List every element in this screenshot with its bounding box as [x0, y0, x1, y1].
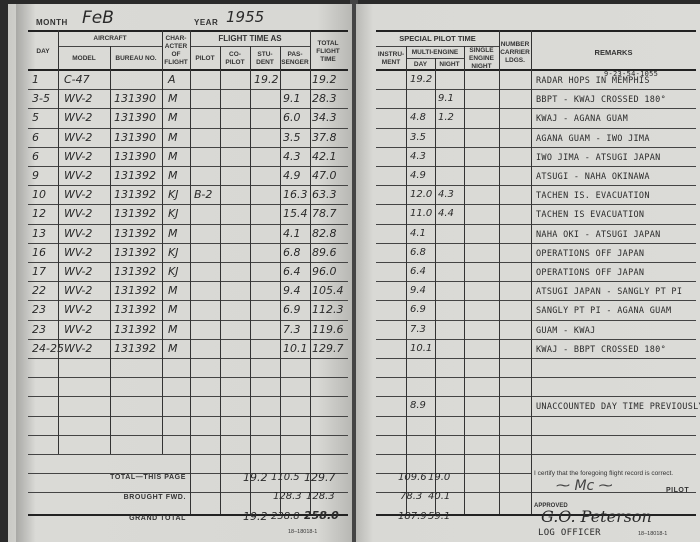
pilot-label: PILOT	[666, 487, 689, 494]
header-top-rule	[376, 30, 696, 32]
year-value: 1955	[226, 8, 264, 26]
table-row: 23WV-2131392M6.9112.3	[8, 303, 352, 322]
col-header-carrier-landings: NUMBER CARRIER LDGS.	[499, 36, 531, 70]
model-cell: WV-2	[64, 150, 92, 164]
this-page-total: 129.7	[304, 471, 336, 485]
table-row: 5WV-2131390M6.034.3	[8, 111, 352, 130]
passenger-time-cell: 6.8	[283, 246, 301, 260]
day-cell: 16	[32, 246, 46, 260]
character-cell: M	[168, 131, 178, 145]
bureau-no-cell: 131392	[114, 265, 156, 279]
col-header-passenger: PAS- SENGER	[280, 48, 310, 70]
day-cell: 23	[32, 303, 46, 317]
day-cell: 10	[32, 188, 46, 202]
bureau-no-cell: 131392	[114, 303, 156, 317]
row-rule	[28, 396, 348, 397]
table-row: 3-5WV-2131390M9.128.3	[8, 92, 352, 111]
day-cell: 17	[32, 265, 46, 279]
col-header-pilot: PILOT	[190, 48, 220, 70]
total-time-cell: 119.6	[312, 323, 344, 337]
model-cell: WV-2	[64, 303, 92, 317]
remarks-cell: SANGLY PT PI - AGANA GUAM	[536, 306, 671, 316]
character-cell: KJ	[168, 207, 178, 221]
form-number-right: 18–18018-1	[638, 531, 667, 537]
this-page-student: 19.2	[243, 471, 268, 485]
table-row: 22WV-2131392M9.4105.4	[8, 284, 352, 303]
model-cell: WV-2	[64, 342, 92, 356]
table-row: 17WV-2131392KJ6.496.0	[8, 265, 352, 284]
bureau-no-cell: 131392	[114, 188, 156, 202]
model-cell: WV-2	[64, 131, 92, 145]
table-row: 8.9UNACCOUNTED DAY TIME PREVIOUSLY LOGGE…	[356, 399, 700, 418]
character-cell: KJ	[168, 246, 178, 260]
total-time-cell: 28.3	[312, 92, 337, 106]
grand-total-total: 258.0	[304, 509, 339, 523]
certify-statement: I certify that the foregoing flight reco…	[534, 470, 684, 478]
instrument-time-cell: 4.3	[410, 150, 426, 164]
day-cell: 6	[32, 131, 39, 145]
table-row: 3.5AGANA GUAM - IWO JIMA	[356, 131, 700, 150]
bureau-no-cell: 131392	[114, 323, 156, 337]
brought-fwd-instrument: 78.3	[400, 490, 422, 504]
logbook-left-page: MONTH FeB YEAR 1955 DAY AIRCRAFT MODEL B…	[8, 4, 352, 542]
instrument-time-cell: 10.1	[410, 342, 432, 356]
model-cell: WV-2	[64, 188, 92, 202]
remarks-cell: TACHEN IS EVACUATION	[536, 210, 644, 220]
remarks-cell: IWO JIMA - ATSUGI JAPAN	[536, 153, 661, 163]
character-cell: A	[168, 73, 176, 87]
form-number: 18–18018-1	[288, 529, 317, 535]
table-row: 12WV-2131392KJ15.478.7	[8, 207, 352, 226]
day-cell: 22	[32, 284, 46, 298]
header-bottom-rule	[28, 69, 348, 71]
table-row: 9WV-2131392M4.947.0	[8, 169, 352, 188]
total-time-cell: 19.2	[312, 73, 337, 87]
instrument-time-cell: 6.8	[410, 246, 426, 260]
character-cell: M	[168, 303, 178, 317]
col-header-student: STU- DENT	[250, 48, 280, 70]
col-header-character: CHAR- ACTER OF FLIGHT	[162, 32, 190, 70]
remarks-cell: AGANA GUAM - IWO JIMA	[536, 134, 650, 144]
bureau-no-cell: 131392	[114, 169, 156, 183]
total-time-cell: 78.7	[312, 207, 337, 221]
remarks-cell: NAHA OKI - ATSUGI JAPAN	[536, 230, 661, 240]
remarks-cell: ATSUGI JAPAN - SANGLY PT PI	[536, 287, 682, 297]
remarks-cell: TACHEN IS. EVACUATION	[536, 191, 650, 201]
col-header-flight-time-as: FLIGHT TIME AS	[190, 32, 310, 46]
remarks-cell: ATSUGI - NAHA OKINAWA	[536, 172, 650, 182]
model-cell: WV-2	[64, 227, 92, 241]
day-cell: 5	[32, 111, 39, 125]
table-row: 24-25WV-2131392M10.1129.7	[8, 342, 352, 361]
passenger-time-cell: 16.3	[283, 188, 308, 202]
this-page-me-day: 19.0	[428, 471, 450, 485]
character-cell: M	[168, 284, 178, 298]
col-header-remarks: REMARKS	[531, 36, 696, 70]
col-header-aircraft: AIRCRAFT	[58, 32, 162, 46]
total-time-cell: 96.0	[312, 265, 337, 279]
total-time-cell: 129.7	[312, 342, 344, 356]
day-cell: 1	[32, 73, 39, 87]
col-header-copilot: CO- PILOT	[220, 48, 250, 70]
table-row: 6.4OPERATIONS OFF JAPAN	[356, 265, 700, 284]
me-day-time-cell: 1.2	[438, 111, 454, 125]
grand-total-instrument: 187.9	[398, 510, 427, 524]
me-day-time-cell: 9.1	[438, 92, 454, 106]
passenger-time-cell: 4.1	[283, 227, 301, 241]
table-row: 6WV-2131390M4.342.1	[8, 150, 352, 169]
remarks-cell: KWAJ - BBPT CROSSED 180°	[536, 345, 666, 355]
model-cell: WV-2	[64, 284, 92, 298]
grand-total-label: GRAND TOTAL	[68, 515, 186, 522]
logbook-right-page: SPECIAL PILOT TIME INSTRU- MENT MULTI-EN…	[356, 4, 700, 542]
total-time-cell: 105.4	[312, 284, 344, 298]
model-cell: WV-2	[64, 92, 92, 106]
remarks-cell: KWAJ - AGANA GUAM	[536, 114, 628, 124]
header-top-rule	[28, 30, 348, 32]
model-cell: WV-2	[64, 169, 92, 183]
model-cell: WV-2	[64, 265, 92, 279]
day-cell: 23	[32, 323, 46, 337]
table-row: 9.1BBPT - KWAJ CROSSED 180°	[356, 92, 700, 111]
col-header-total-flight-time: TOTAL FLIGHT TIME	[310, 34, 346, 70]
character-cell: M	[168, 150, 178, 164]
model-cell: WV-2	[64, 246, 92, 260]
table-row: 4.1NAHA OKI - ATSUGI JAPAN	[356, 227, 700, 246]
approver-title: LOG OFFICER	[538, 528, 601, 538]
col-header-single-engine-night: SINGLE ENGINE NIGHT	[464, 48, 499, 70]
table-row: 10WV-2131392KJB-216.363.3	[8, 188, 352, 207]
model-cell: WV-2	[64, 207, 92, 221]
total-time-cell: 34.3	[312, 111, 337, 125]
table-row: 4.81.2KWAJ - AGANA GUAM	[356, 111, 700, 130]
table-row: 10.1KWAJ - BBPT CROSSED 180°	[356, 342, 700, 361]
total-time-cell: 37.8	[312, 131, 337, 145]
bureau-no-cell: 131390	[114, 131, 156, 145]
model-cell: WV-2	[64, 111, 92, 125]
passenger-time-cell: 10.1	[283, 342, 308, 356]
table-row: 23WV-2131392M7.3119.6	[8, 323, 352, 342]
day-cell: 9	[32, 169, 39, 183]
brought-fwd-label: BROUGHT FWD.	[68, 494, 186, 501]
table-row: 4.3IWO JIMA - ATSUGI JAPAN	[356, 150, 700, 169]
total-time-cell: 112.3	[312, 303, 344, 317]
row-rule	[28, 416, 348, 417]
col-header-instrument: INSTRU- MENT	[376, 48, 406, 70]
passenger-time-cell: 4.9	[283, 169, 301, 183]
pilot-signature: ⁓ Mc ⁓	[556, 478, 613, 494]
grand-total-me-day: 59.1	[428, 510, 450, 524]
grand-total-student: 19.2	[243, 510, 268, 524]
character-cell: M	[168, 92, 178, 106]
instrument-time-cell: 6.9	[410, 303, 426, 317]
table-row: 12.04.3TACHEN IS. EVACUATION	[356, 188, 700, 207]
table-row: 13WV-2131392M4.182.8	[8, 227, 352, 246]
day-cell: 24-25	[32, 342, 64, 356]
table-row: 6.8OPERATIONS OFF JAPAN	[356, 246, 700, 265]
passenger-time-cell: 3.5	[283, 131, 301, 145]
total-time-cell: 82.8	[312, 227, 337, 241]
col-header-bureau: BUREAU NO.	[110, 48, 162, 70]
bureau-no-cell: 131390	[114, 150, 156, 164]
day-cell: 12	[32, 207, 46, 221]
passenger-time-cell: 7.3	[283, 323, 301, 337]
passenger-time-cell: 6.9	[283, 303, 301, 317]
total-rule	[376, 492, 696, 493]
instrument-time-cell: 12.0	[410, 188, 432, 202]
bureau-no-cell: 131392	[114, 246, 156, 260]
passenger-time-cell: 6.0	[283, 111, 301, 125]
special-sub-rule	[376, 46, 499, 47]
character-cell: M	[168, 169, 178, 183]
table-row: 1C-47A19.219.2	[8, 73, 352, 92]
character-cell: M	[168, 323, 178, 337]
table-row: 6WV-2131390M3.537.8	[8, 131, 352, 150]
col-header-day: DAY	[28, 34, 58, 70]
instrument-time-cell: 8.9	[410, 399, 426, 413]
model-cell: C-47	[64, 73, 90, 87]
total-time-cell: 89.6	[312, 246, 337, 260]
bureau-no-cell: 131392	[114, 227, 156, 241]
table-row: 11.04.4TACHEN IS EVACUATION	[356, 207, 700, 226]
student-time-cell: 19.2	[254, 73, 279, 87]
this-page-passenger: 110.5	[271, 471, 300, 485]
this-page-instrument: 109.6	[398, 471, 427, 485]
instrument-time-cell: 4.9	[410, 169, 426, 183]
passenger-time-cell: 15.4	[283, 207, 308, 221]
character-cell: M	[168, 227, 178, 241]
instrument-time-cell: 7.3	[410, 323, 426, 337]
row-rule	[376, 435, 696, 436]
brought-fwd-passenger: 128.3	[273, 490, 302, 504]
table-row: 9.4ATSUGI JAPAN - SANGLY PT PI	[356, 284, 700, 303]
total-time-cell: 47.0	[312, 169, 337, 183]
instrument-time-cell: 3.5	[410, 131, 426, 145]
instrument-time-cell: 9.4	[410, 284, 426, 298]
col-header-multi-engine: MULTI-ENGINE	[406, 48, 464, 58]
col-header-special-pilot-time: SPECIAL PILOT TIME	[376, 32, 499, 46]
character-cell: M	[168, 111, 178, 125]
table-row: 6.9SANGLY PT PI - AGANA GUAM	[356, 303, 700, 322]
remarks-cell: BBPT - KWAJ CROSSED 180°	[536, 95, 666, 105]
brought-fwd-me-day: 40.1	[428, 490, 450, 504]
passenger-time-cell: 6.4	[283, 265, 301, 279]
remarks-cell: UNACCOUNTED DAY TIME PREVIOUSLY LOGGED	[536, 402, 700, 412]
table-row	[356, 361, 700, 380]
passenger-time-cell: 9.4	[283, 284, 301, 298]
bureau-no-cell: 131392	[114, 342, 156, 356]
day-cell: 3-5	[32, 92, 50, 106]
remarks-cell: GUAM - KWAJ	[536, 326, 596, 336]
row-rule	[28, 377, 348, 378]
bureau-no-cell: 131390	[114, 111, 156, 125]
row-rule	[28, 435, 348, 436]
bureau-no-cell: 131390	[114, 92, 156, 106]
bureau-no-cell: 131392	[114, 284, 156, 298]
total-time-cell: 63.3	[312, 188, 337, 202]
remarks-cell: OPERATIONS OFF JAPAN	[536, 268, 644, 278]
day-cell: 13	[32, 227, 46, 241]
month-label: MONTH	[36, 18, 68, 27]
instrument-time-cell: 4.8	[410, 111, 426, 125]
instrument-time-cell: 4.1	[410, 227, 426, 241]
table-row	[356, 380, 700, 399]
total-this-page-label: TOTAL—THIS PAGE	[68, 474, 186, 481]
month-value: FeB	[82, 8, 114, 28]
remarks-cell: OPERATIONS OFF JAPAN	[536, 249, 644, 259]
grand-total-passenger: 238.8	[271, 510, 300, 524]
model-cell: WV-2	[64, 323, 92, 337]
approver-signature: G.O. Peterson	[541, 507, 652, 526]
year-label: YEAR	[194, 18, 218, 27]
instrument-time-cell: 6.4	[410, 265, 426, 279]
instrument-time-cell: 19.2	[410, 73, 432, 87]
character-cell: KJ	[168, 188, 178, 202]
me-day-time-cell: 4.3	[438, 188, 454, 202]
total-time-cell: 42.1	[312, 150, 337, 164]
row-rule	[376, 454, 696, 455]
character-cell: M	[168, 342, 178, 356]
instrument-time-cell: 11.0	[410, 207, 432, 221]
table-row: 7.3GUAM - KWAJ	[356, 323, 700, 342]
day-cell: 6	[32, 150, 39, 164]
passenger-time-cell: 4.3	[283, 150, 301, 164]
pilot-time-cell: B-2	[194, 188, 212, 202]
remarks-date-note: 9-23-54-1055	[604, 70, 658, 78]
col-header-model: MODEL	[58, 48, 110, 70]
row-rule	[28, 454, 348, 455]
bureau-no-cell: 131392	[114, 207, 156, 221]
brought-fwd-total: 128.3	[306, 490, 335, 504]
character-cell: KJ	[168, 265, 178, 279]
table-row: 16WV-2131392KJ6.889.6	[8, 246, 352, 265]
me-day-time-cell: 4.4	[438, 207, 454, 221]
table-row: 4.9ATSUGI - NAHA OKINAWA	[356, 169, 700, 188]
passenger-time-cell: 9.1	[283, 92, 301, 106]
